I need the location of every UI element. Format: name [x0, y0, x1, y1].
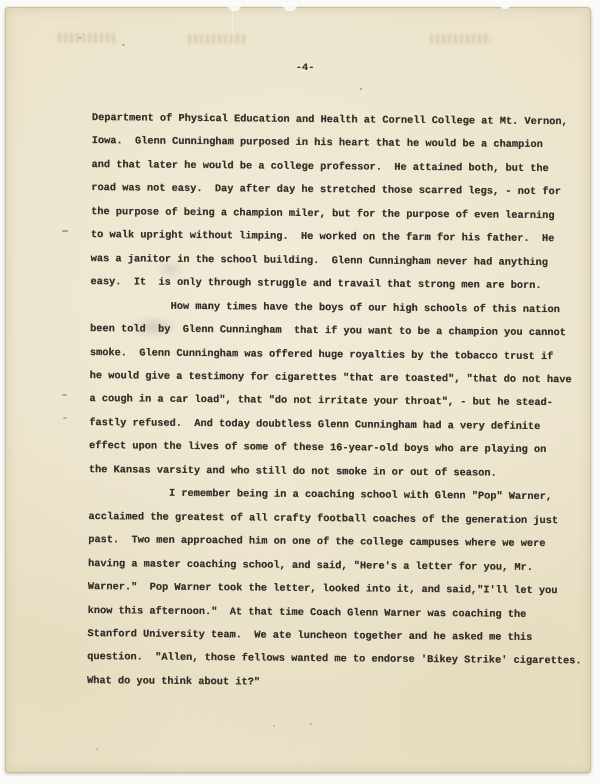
scan-backdrop: -4- Department of Physical Education and…: [0, 0, 600, 784]
page-number: -4-: [5, 62, 591, 74]
ink-speck: [273, 725, 275, 727]
ink-speck: [122, 44, 125, 46]
ink-speck: [310, 723, 312, 725]
ink-speck: [79, 37, 81, 39]
bleedthrough-artifact: [58, 33, 118, 43]
document-page: -4- Department of Physical Education and…: [5, 7, 591, 773]
paper-edge-notch: [283, 5, 297, 11]
paper-edge-notch: [228, 5, 241, 11]
paper-crease: [232, 7, 233, 65]
ink-speck: [62, 230, 68, 232]
paper-edge-notch: [500, 5, 510, 9]
bleedthrough-artifact: [188, 34, 245, 44]
typed-text-block: Department of Physical Education and Hea…: [87, 107, 592, 698]
ink-speck: [62, 394, 67, 396]
bleedthrough-artifact: [430, 34, 491, 44]
ink-speck: [63, 417, 67, 419]
ink-speck: [360, 88, 362, 90]
ink-speck: [96, 748, 98, 750]
typed-line: What do you think about it?": [87, 670, 587, 698]
